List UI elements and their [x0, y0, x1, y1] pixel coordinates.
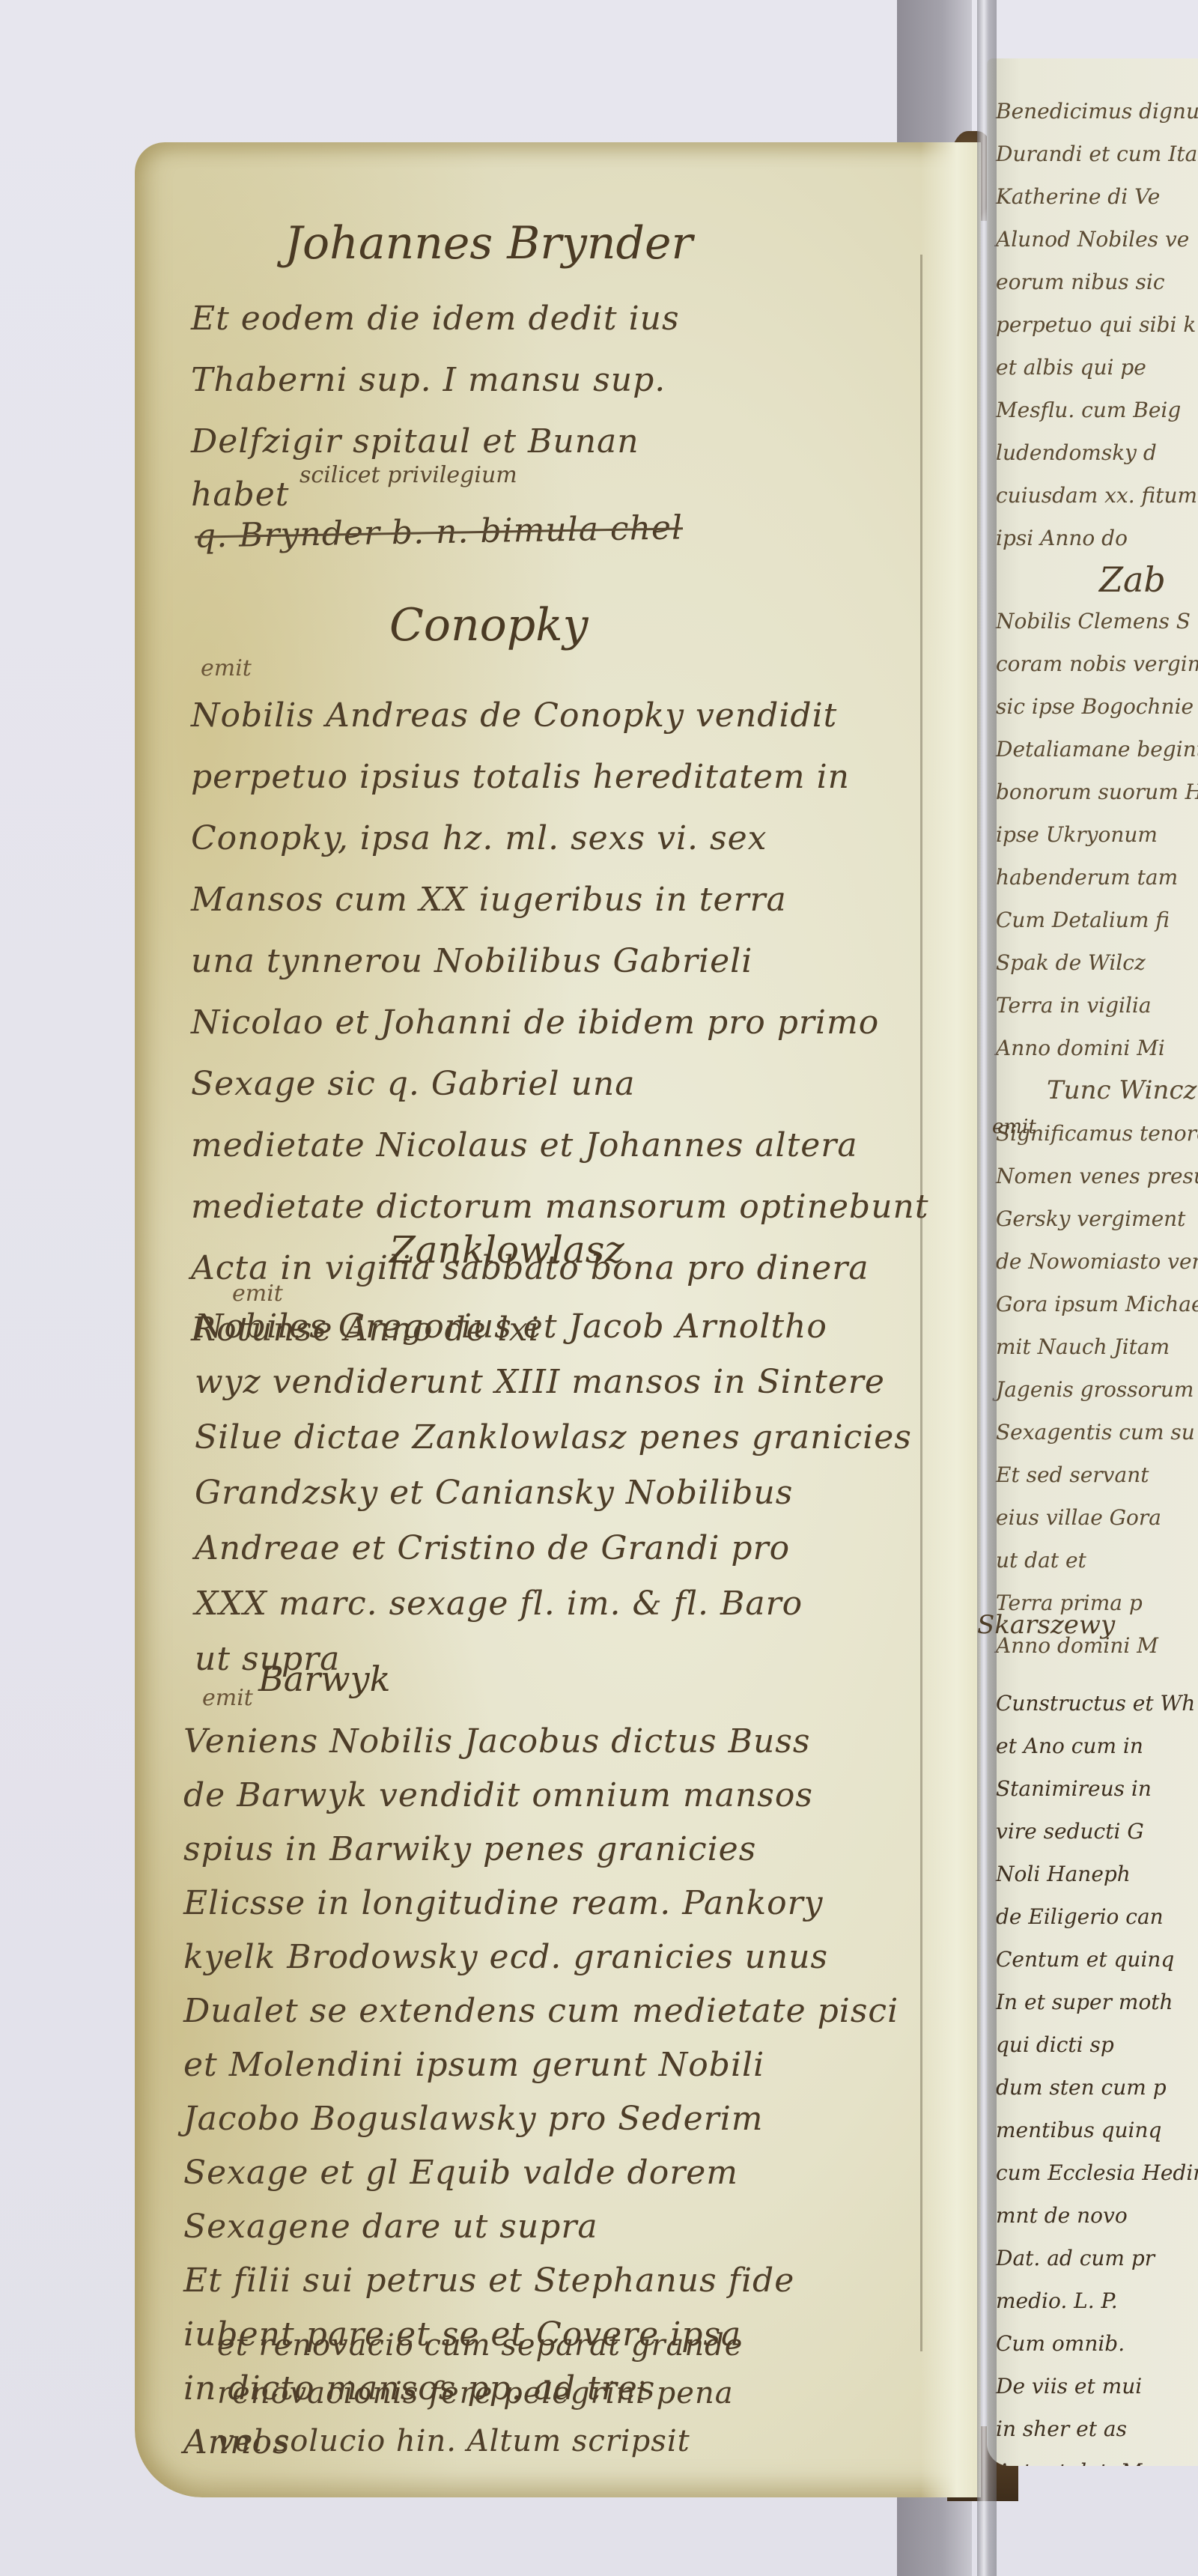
right-page-bottom-block: Cunstructus et Wh et Ano cum in Stanimir…: [987, 1667, 1198, 2466]
entry-zanklowlasz: Zanklowlasz: [389, 1228, 624, 1272]
manuscript-line: Centum et quinq: [987, 1938, 1198, 1981]
struck-line: q. Brynder b. n. bimula chel: [195, 502, 683, 563]
manuscript-line: et Molendini ipsum gerunt Nobili: [183, 2038, 898, 2092]
manuscript-line: eorum nibus sic: [987, 261, 1198, 303]
manuscript-line: qui dicti sp: [987, 2023, 1198, 2066]
right-entry-heading: Zab: [987, 559, 1198, 600]
manuscript-line: una tynnerou Nobilibus Gabrieli: [191, 931, 929, 992]
manuscript-line: Nicolao et Johanni de ibidem pro primo: [191, 992, 929, 1054]
manuscript-line: Andreae et Cristino de Grandi pro: [195, 1521, 912, 1576]
manuscript-line: de Barwyk vendidit omnium mansos: [183, 1769, 898, 1823]
manuscript-line: Dat. ad cum pr: [987, 2237, 1198, 2279]
page-gutter-edge: [921, 142, 981, 2497]
manuscript-line: Et eodem die idem dedit ius: [191, 288, 680, 350]
closing-note: et renovacio cum separat grande renovaci…: [217, 2321, 743, 2465]
manuscript-line: ut dat et: [987, 1539, 1198, 1582]
manuscript-line: perpetuo ipsius totalis hereditatem in: [191, 747, 929, 808]
manuscript-line: Et sed servant: [987, 1453, 1198, 1496]
manuscript-line: Alunod Nobiles ve: [987, 218, 1198, 261]
right-page-middle-block: Nobilis Clemens S coram nobis vergiment …: [987, 600, 1198, 1069]
manuscript-line: Dualet se extendens cum medietate pisci: [183, 1984, 898, 2038]
manuscript-line: Detaliamane begint: [987, 728, 1198, 771]
manuscript-line: Nobilis Andreas de Conopky vendidit: [191, 685, 929, 747]
manuscript-line: XXX marc. sexage fl. im. & fl. Baro: [195, 1576, 912, 1632]
manuscript-line: ipse Ukryonum: [987, 813, 1198, 856]
manuscript-line: mentibus quinq: [987, 2109, 1198, 2151]
entry-heading: Zanklowlasz: [389, 1228, 624, 1272]
right-page-lower-block: Tunc Wincz Significamus tenore p Nomen v…: [987, 1069, 1198, 1667]
right-margin-note: emit: [992, 1116, 1036, 1138]
manuscript-line: Sexage et gl Equib valde dorem: [183, 2146, 898, 2200]
interlinear-note: scilicet privilegium: [299, 464, 517, 487]
entry-conopky: Conopky: [389, 599, 588, 651]
manuscript-line: bonorum suorum Hered: [987, 771, 1198, 813]
manuscript-line: Noli Haneph: [987, 1853, 1198, 1895]
manuscript-line: Mesflu. cum Beig: [987, 389, 1198, 431]
entry-body: Nobiles Gregorius et Jacob Arnoltho wyz …: [195, 1299, 912, 1687]
manuscript-line: et Ano cum in: [987, 1725, 1198, 1767]
manuscript-line: Sexagene dare ut supra: [183, 2200, 898, 2254]
manuscript-line: Gersky vergiment: [987, 1197, 1198, 1240]
entry-johannes-brynder: Johannes Brynder: [285, 217, 693, 270]
manuscript-line: Jagenis grossorum: [987, 1368, 1198, 1411]
manuscript-line: Benedicimus dignum d: [987, 90, 1198, 133]
manuscript-line: Conopky, ipsa hz. ml. sexs vi. sex: [191, 808, 929, 869]
manuscript-line: Sexagentis cum su: [987, 1411, 1198, 1453]
manuscript-line: mnt de novo: [987, 2194, 1198, 2237]
manuscript-line: Jacobo Boguslawsky pro Sederim: [183, 2092, 898, 2146]
manuscript-line: perpetuo qui sibi k: [987, 303, 1198, 346]
manuscript-line: cum Ecclesia Hedin: [987, 2151, 1198, 2194]
manuscript-line: Nomen venes presum: [987, 1155, 1198, 1197]
entry-heading: Conopky: [389, 599, 588, 651]
manuscript-line: spius in Barwiky penes granicies: [183, 1823, 898, 1877]
manuscript-line: Cunstructus et Wh: [987, 1682, 1198, 1725]
manuscript-line: et albis qui pe: [987, 346, 1198, 389]
manuscript-line: Stanimireus in: [987, 1767, 1198, 1810]
entry-barwyk: Barwyk: [258, 1659, 390, 1699]
manuscript-line: mit Nauch Jitam: [987, 1325, 1198, 1368]
manuscript-line: vire seducti G: [987, 1810, 1198, 1853]
manuscript-line: Anno domini Mi: [987, 1027, 1198, 1069]
manuscript-line: Cum omnib.: [987, 2322, 1198, 2365]
manuscript-line: vel solucio hin. Altum scripsit: [217, 2417, 743, 2465]
manuscript-line: sic ipse Bogochnie: [987, 685, 1198, 728]
entry-heading: Johannes Brynder: [285, 217, 693, 270]
manuscript-line: Gora ipsum Michael: [987, 1283, 1198, 1325]
manuscript-line: renovacionis fere pelegrini pena: [217, 2369, 743, 2417]
manuscript-line: De viis et mui: [987, 2365, 1198, 2408]
manuscript-line: ludendomsky d: [987, 431, 1198, 474]
manuscript-line: dum sten cum p: [987, 2066, 1198, 2109]
manuscript-line: Veniens Nobilis Jacobus dictus Buss: [183, 1715, 898, 1769]
right-page-top-block: Benedicimus dignum d Durandi et cum Ita …: [987, 58, 1198, 559]
manuscript-line: Nobiles Gregorius et Jacob Arnoltho: [195, 1299, 912, 1355]
manuscript-line: kyelk Brodowsky ecd. granicies unus: [183, 1931, 898, 1984]
manuscript-line: de Eiligerio can: [987, 1895, 1198, 1938]
manuscript-line: wyz vendiderunt XIII mansos in Sintere: [195, 1355, 912, 1410]
manuscript-line: Et filii sui petrus et Stephanus fide: [183, 2254, 898, 2308]
manuscript-line: Silue dictae Zanklowlasz penes granicies: [195, 1410, 912, 1465]
manuscript-line: In et super moth: [987, 1981, 1198, 2023]
manuscript-line: medietate Nicolaus et Johannes altera: [191, 1115, 929, 1176]
manuscript-line: ipsi Anno do: [987, 517, 1198, 559]
margin-note: emit: [201, 655, 252, 681]
manuscript-line: eius villae Gora: [987, 1496, 1198, 1539]
manuscript-line: de Nowomiasto ver: [987, 1240, 1198, 1283]
manuscript-line: Grandzsky et Caniansky Nobilibus: [195, 1465, 912, 1521]
manuscript-line: Tunc Wincz: [987, 1069, 1198, 1112]
manuscript-line: cuiusdam xx. fitum: [987, 474, 1198, 517]
margin-note: emit: [202, 1685, 253, 1711]
manuscript-line: Durandi et cum Ita: [987, 133, 1198, 175]
right-manuscript-page: Benedicimus dignum d Durandi et cum Ita …: [987, 58, 1198, 2466]
manuscript-line: habenderum tam: [987, 856, 1198, 899]
manuscript-line: Elicsse in longitudine ream. Pankory: [183, 1877, 898, 1931]
manuscript-line: Thaberni sup. I mansu sup.: [191, 350, 680, 411]
manuscript-line: Mansos cum XX iugeribus in terra: [191, 869, 929, 931]
struck-through-text: q. Brynder b. n. bimula chel: [194, 497, 683, 567]
manuscript-line: Katherine di Ve: [987, 175, 1198, 218]
manuscript-line: Sexage sic q. Gabriel una: [191, 1054, 929, 1115]
manuscript-line: coram nobis vergiment: [987, 643, 1198, 685]
manuscript-line: Nobilis Clemens S: [987, 600, 1198, 643]
manuscript-line: Spak de Wilcz: [987, 941, 1198, 984]
glass-rod-clamp: [977, 0, 997, 2576]
manuscript-line: medio. L. P.: [987, 2279, 1198, 2322]
manuscript-line: Cum Detalium fi: [987, 899, 1198, 941]
right-margin-note: Skarszewy: [977, 1610, 1115, 1640]
manuscript-line: Act. ut dat. M: [987, 2450, 1198, 2466]
manuscript-line: in sher et as: [987, 2408, 1198, 2450]
entry-heading: Barwyk: [258, 1659, 390, 1699]
manuscript-line: Terra in vigilia: [987, 984, 1198, 1027]
manuscript-line: et renovacio cum separat grande: [217, 2321, 743, 2369]
